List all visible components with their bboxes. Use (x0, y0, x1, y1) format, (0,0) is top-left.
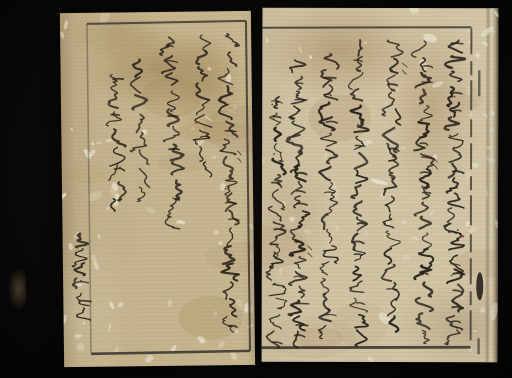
red-mark (461, 235, 464, 238)
photo-backdrop (0, 0, 512, 378)
ruled-frame-line (246, 21, 250, 351)
text-column (411, 41, 434, 343)
edge-ink-blob (476, 272, 483, 300)
right-page-ink-layer (262, 8, 499, 363)
ruled-frame-line (262, 347, 471, 349)
ruled-frame-line (471, 28, 472, 348)
furigana-gloss (402, 63, 407, 74)
text-column (348, 40, 369, 346)
furigana-gloss (308, 246, 312, 257)
left-page-ink-layer (60, 11, 255, 367)
ruled-frame-line (262, 27, 471, 29)
ruled-frame-line (87, 24, 91, 353)
text-column (72, 233, 91, 320)
ink-smudge-left-edge (8, 268, 26, 310)
text-column (382, 40, 403, 331)
text-column (266, 97, 287, 348)
text-column (286, 60, 310, 347)
manuscript-page-left (60, 11, 255, 367)
manuscript-page-right (262, 8, 499, 363)
ruled-frame-line (87, 21, 246, 24)
text-column (129, 59, 149, 201)
furigana-gloss (238, 151, 242, 162)
